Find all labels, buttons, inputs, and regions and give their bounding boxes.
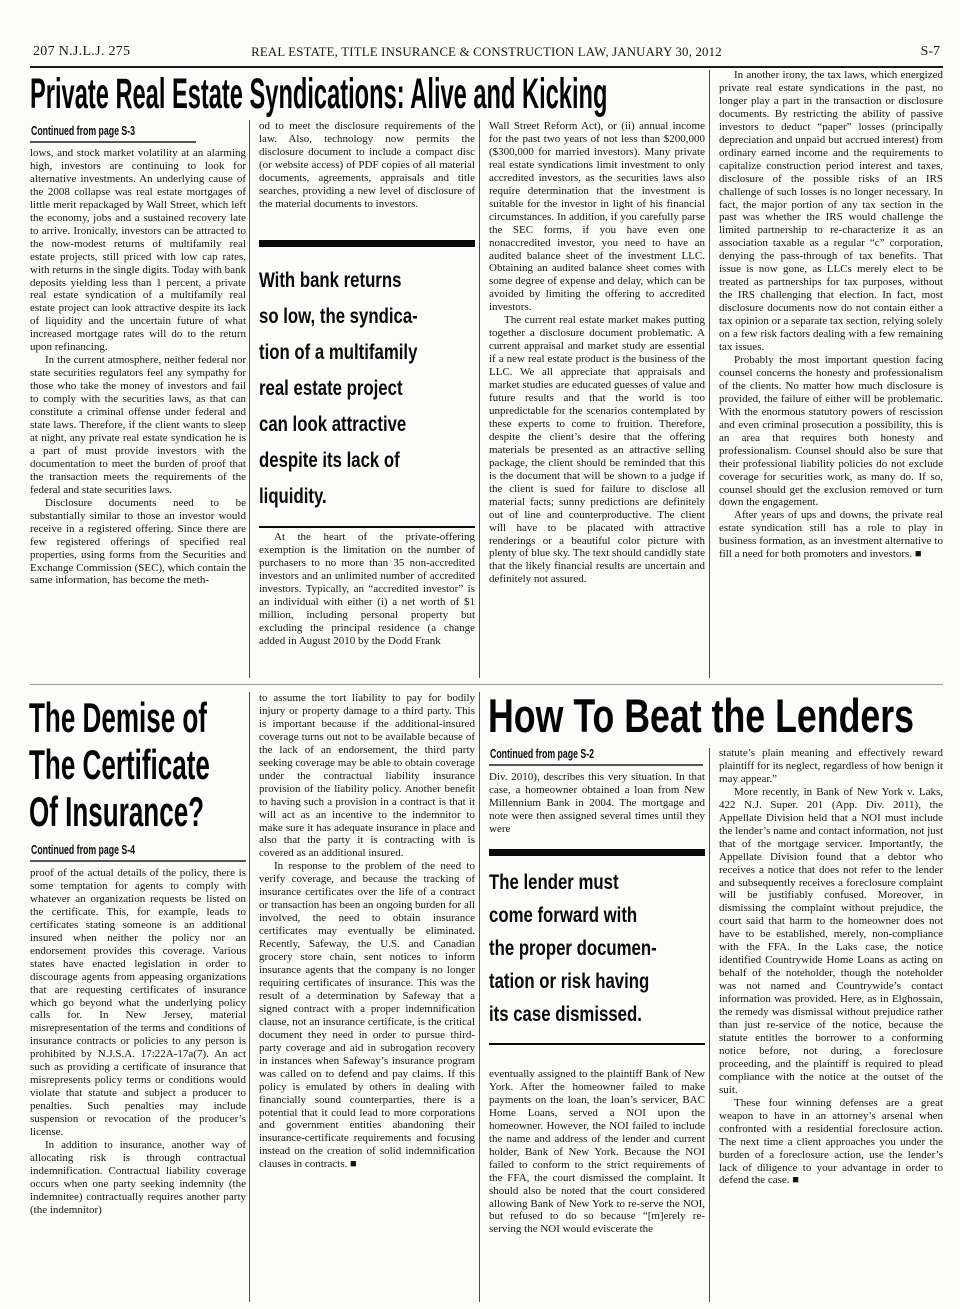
- paragraph: proof of the actual details of the polic…: [30, 867, 246, 1139]
- syndications-column-2-bottom: At the heart of the private-offering exe…: [259, 531, 475, 678]
- paragraph: At the heart of the private-offering exe…: [259, 531, 475, 648]
- column-rule: [479, 692, 480, 1302]
- paragraph: In the current atmosphere, neither feder…: [30, 354, 246, 496]
- column-rule: [249, 692, 250, 1302]
- syndications-column-2-top: od to meet the disclosure requirements o…: [259, 120, 475, 239]
- syndications-column-3: Wall Street Reform Act), or (ii) annual …: [489, 120, 705, 678]
- paragraph: In addition to insurance, another way of…: [30, 1139, 246, 1217]
- paragraph: despite its lack of: [259, 442, 427, 478]
- paragraph: The Certificate: [29, 741, 164, 788]
- paragraph: its case dismissed.: [489, 998, 657, 1031]
- column-rule: [709, 70, 710, 678]
- pull-quote-bottom-rule: [489, 1043, 705, 1045]
- lenders-pull-quote: The lender mustcome forward withthe prop…: [489, 849, 705, 1045]
- paragraph: The current real estate market makes put…: [489, 314, 705, 586]
- paragraph: More recently, in Bank of New York v. La…: [719, 786, 943, 1097]
- paragraph: to assume the tort liability to pay for …: [259, 692, 475, 860]
- paragraph: Of Insurance?: [29, 788, 164, 835]
- lenders-column-1-top: Div. 2010), describes this very situatio…: [489, 771, 705, 841]
- paragraph: real estate project: [259, 370, 427, 406]
- article-certificate-headline: The Demise ofThe CertificateOf Insurance…: [29, 694, 247, 835]
- paragraph: After years of ups and downs, the privat…: [719, 509, 943, 561]
- syndications-pull-quote: With bank returnsso low, the syndica-tio…: [259, 240, 475, 528]
- paragraph: These four winning defenses are a great …: [719, 1097, 943, 1188]
- masthead-rule: [30, 66, 943, 68]
- pull-quote-top-bar: [489, 849, 705, 856]
- masthead: 207 N.J.L.J. 275 REAL ESTATE, TITLE INSU…: [30, 44, 943, 64]
- pull-quote-top-bar: [259, 240, 475, 247]
- paragraph: Disclosure documents need to be substant…: [30, 497, 246, 588]
- masthead-section-title: REAL ESTATE, TITLE INSURANCE & CONSTRUCT…: [30, 45, 943, 60]
- lenders-column-2: statute’s plain meaning and effectively …: [719, 747, 943, 1303]
- syndications-column-4: In another irony, the tax laws, which en…: [719, 69, 943, 678]
- syndications-column-1: lows, and stock market volatility at an …: [30, 147, 246, 678]
- paragraph: the proper documen-: [489, 932, 657, 965]
- paragraph: With bank returns: [259, 262, 427, 298]
- kicker-rule: [30, 141, 196, 143]
- paragraph: In another irony, the tax laws, which en…: [719, 69, 943, 354]
- pull-quote-text: With bank returnsso low, the syndica-tio…: [259, 262, 475, 514]
- column-rule: [709, 748, 710, 1302]
- paragraph: In response to the problem of the need t…: [259, 860, 475, 1171]
- paragraph: eventually assigned to the plaintiff Ban…: [489, 1068, 705, 1236]
- paragraph: lows, and stock market volatility at an …: [30, 147, 246, 354]
- paragraph: so low, the syndica-: [259, 298, 427, 334]
- paragraph: od to meet the disclosure requirements o…: [259, 120, 475, 211]
- paragraph: Div. 2010), describes this very situatio…: [489, 771, 705, 836]
- paragraph: The Demise of: [29, 694, 164, 741]
- certificate-column-1: proof of the actual details of the polic…: [30, 867, 246, 1304]
- paragraph: tation or risk having: [489, 965, 657, 998]
- article-syndications-kicker: Continued from page S-3: [31, 124, 180, 138]
- lenders-column-1-bottom: eventually assigned to the plaintiff Ban…: [489, 1068, 705, 1304]
- paragraph: tion of a multifamily: [259, 334, 427, 370]
- masthead-page-number: S-7: [921, 44, 940, 60]
- paragraph: The lender must: [489, 866, 657, 899]
- paragraph: Wall Street Reform Act), or (ii) annual …: [489, 120, 705, 314]
- kicker-rule: [30, 860, 246, 862]
- article-certificate-kicker: Continued from page S-4: [31, 843, 180, 857]
- paragraph: statute’s plain meaning and effectively …: [719, 747, 943, 786]
- certificate-column-2: to assume the tort liability to pay for …: [259, 692, 475, 1302]
- article-lenders-headline: How To Beat the Lenders: [488, 691, 960, 741]
- pull-quote-bottom-rule: [259, 526, 475, 528]
- pull-quote-text: The lender mustcome forward withthe prop…: [489, 866, 705, 1031]
- section-divider-rule: [30, 684, 943, 685]
- newspaper-page: 207 N.J.L.J. 275 REAL ESTATE, TITLE INSU…: [0, 0, 960, 1309]
- paragraph: liquidity.: [259, 478, 427, 514]
- paragraph: Probably the most important question fac…: [719, 354, 943, 509]
- paragraph: come forward with: [489, 899, 657, 932]
- kicker-rule: [489, 764, 703, 766]
- column-rule: [249, 120, 250, 678]
- article-lenders-kicker: Continued from page S-2: [490, 747, 639, 761]
- column-rule: [479, 120, 480, 678]
- paragraph: can look attractive: [259, 406, 427, 442]
